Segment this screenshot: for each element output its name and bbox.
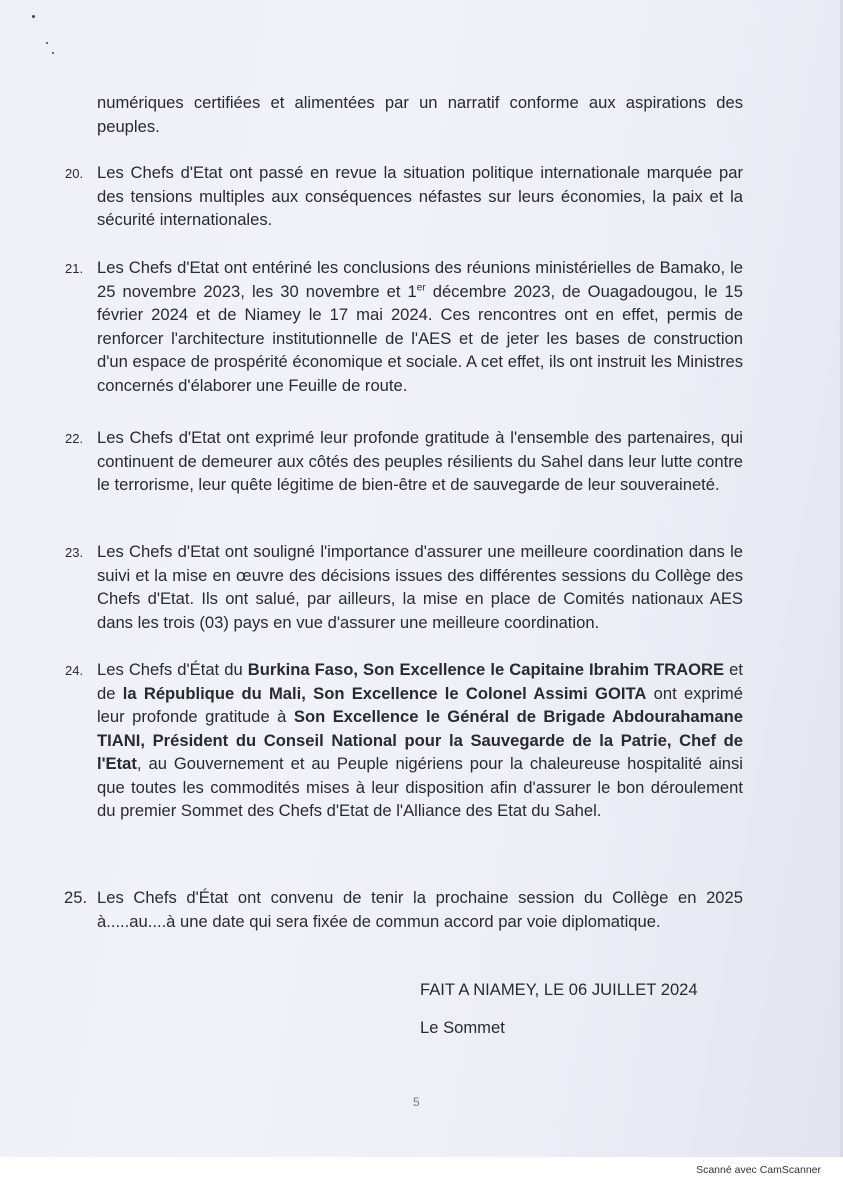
item-number: 23. [65, 541, 83, 565]
item-number: 22. [65, 427, 83, 451]
paragraph-25: 25. Les Chefs d'État ont convenu de teni… [97, 886, 743, 933]
paragraph-22: 22. Les Chefs d'Etat ont exprimé leur pr… [97, 426, 743, 497]
item-number: 25. [64, 886, 87, 910]
item-number: 21. [65, 257, 83, 281]
scan-speck [46, 42, 48, 44]
paragraph-23: 23. Les Chefs d'Etat ont souligné l'impo… [97, 540, 743, 634]
paragraph-24: 24. Les Chefs d'État du Burkina Faso, So… [97, 658, 743, 823]
superscript: er [417, 282, 426, 293]
bold-run: Burkina Faso, Son Excellence le Capitain… [248, 660, 724, 679]
bold-run: la République du Mali, Son Excellence le… [123, 684, 647, 703]
text-run: , au Gouvernement et au Peuple nigériens… [97, 754, 743, 820]
signature-place-date: FAIT A NIAMEY, LE 06 JUILLET 2024 [420, 980, 698, 1000]
item-text: Les Chefs d'État ont convenu de tenir la… [97, 888, 743, 931]
paragraph-21: 21. Les Chefs d'Etat ont entériné les co… [97, 256, 743, 397]
item-text-24: Les Chefs d'État du Burkina Faso, Son Ex… [97, 660, 743, 820]
item-number: 20. [65, 162, 83, 186]
item-text: Les Chefs d'Etat ont exprimé leur profon… [97, 428, 743, 494]
paragraph-continuation: numériques certifiées et alimentées par … [97, 91, 743, 138]
scan-speck [52, 52, 54, 54]
scanned-page: numériques certifiées et alimentées par … [0, 0, 843, 1157]
text-run: Les Chefs d'État du [97, 660, 248, 679]
item-number: 24. [65, 659, 83, 683]
camscanner-watermark: Scanné avec CamScanner [696, 1164, 821, 1176]
page-number: 5 [413, 1095, 420, 1109]
item-text: Les Chefs d'Etat ont passé en revue la s… [97, 163, 743, 229]
item-text: Les Chefs d'Etat ont souligné l'importan… [97, 542, 743, 632]
signatory: Le Sommet [420, 1018, 505, 1038]
paragraph-20: 20. Les Chefs d'Etat ont passé en revue … [97, 161, 743, 232]
scan-speck [32, 15, 35, 18]
